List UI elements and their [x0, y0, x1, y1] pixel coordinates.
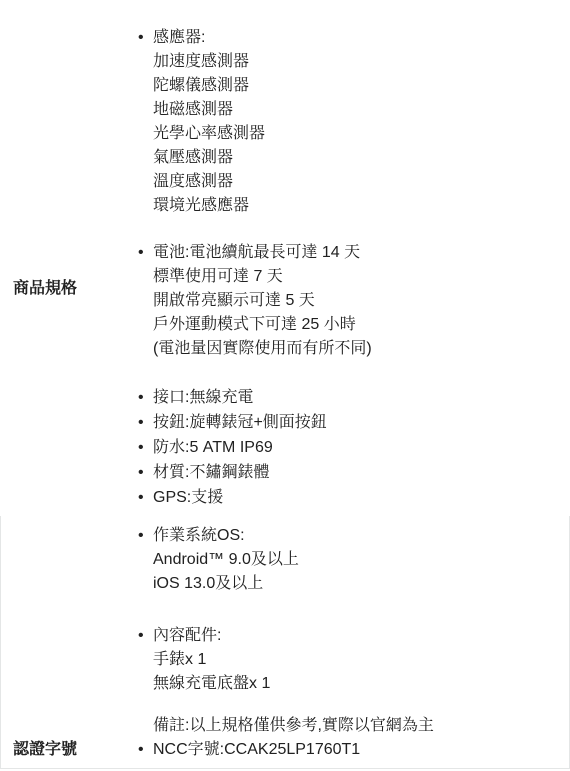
- spec-item-material: 材質:不鏽鋼錶體: [153, 461, 563, 485]
- spec-item-gps: GPS:支援: [153, 486, 563, 510]
- product-spec-page: 商品規格 認證字號 感應器: 加速度感測器 陀螺儀感測器 地磁感測器 光學心率感…: [0, 0, 570, 771]
- spec-item-os: 作業系統OS: Android™ 9.0及以上 iOS 13.0及以上: [153, 524, 563, 596]
- spec-row-label: 商品規格: [13, 277, 77, 301]
- spec-item-ncc-number: NCC字號:CCAK25LP1760T1: [153, 738, 563, 762]
- spec-content-list: 感應器: 加速度感測器 陀螺儀感測器 地磁感測器 光學心率感測器 氣壓感測器 溫…: [153, 26, 563, 762]
- spec-item-buttons: 按鈕:旋轉錶冠+側面按鈕: [153, 411, 563, 435]
- spec-item-note: 備註:以上規格僅供參考,實際以官網為主: [153, 714, 563, 738]
- spec-item-sensors: 感應器: 加速度感測器 陀螺儀感測器 地磁感測器 光學心率感測器 氣壓感測器 溫…: [153, 26, 563, 218]
- cert-row-label: 認證字號: [13, 738, 77, 762]
- spec-item-accessories: 內容配件: 手錶x 1 無線充電底盤x 1: [153, 624, 563, 696]
- spec-item-water-resistance: 防水:5 ATM IP69: [153, 436, 563, 460]
- spec-item-interface: 接口:無線充電: [153, 386, 563, 410]
- spec-item-battery: 電池:電池續航最長可達 14 天 標準使用可達 7 天 開啟常亮顯示可達 5 天…: [153, 241, 563, 361]
